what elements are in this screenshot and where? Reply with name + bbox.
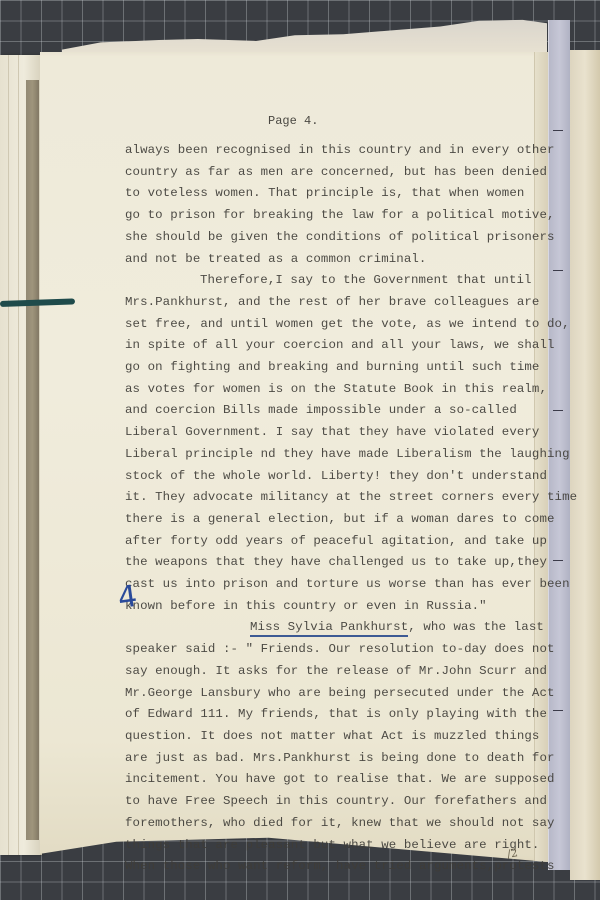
text-line: the weapons that they have challenged us… bbox=[125, 552, 545, 574]
text-line: Therefore,I say to the Government that u… bbox=[125, 270, 545, 292]
text-line: foremothers, who died for it, knew that … bbox=[125, 813, 545, 835]
text-line: of Edward 111. My friends, that is only … bbox=[125, 704, 545, 726]
text-line: Mr.George Lansbury who are being persecu… bbox=[125, 683, 545, 705]
text-line: to have Free Speech in this country. Our… bbox=[125, 791, 545, 813]
text-line: stock of the whole world. Liberty! they … bbox=[125, 466, 545, 488]
text-line: she should be given the conditions of po… bbox=[125, 227, 545, 249]
text-line: go on fighting and breaking and burning … bbox=[125, 357, 545, 379]
speaker-line: Miss Sylvia Pankhurst, who was the last bbox=[125, 617, 545, 639]
page-edge bbox=[18, 55, 19, 855]
speaker-line-rest: , who was the last bbox=[408, 620, 544, 634]
text-line: Mrs.Pankhurst, and the rest of her brave… bbox=[125, 292, 545, 314]
text-line: go to prison for breaking the law for a … bbox=[125, 205, 545, 227]
page-edge bbox=[8, 55, 9, 855]
text-line: set free, and until women get the vote, … bbox=[125, 314, 545, 336]
text-line: are just as bad. Mrs.Pankhurst is being … bbox=[125, 748, 545, 770]
text-line: cast us into prison and torture us worse… bbox=[125, 574, 545, 596]
typed-body-text: always been recognised in this country a… bbox=[125, 140, 545, 878]
text-line: known before in this country or even in … bbox=[125, 596, 545, 618]
ruled-tick bbox=[553, 130, 563, 131]
speaker-name-underlined: Miss Sylvia Pankhurst bbox=[250, 620, 408, 637]
text-line: and coercion Bills made impossible under… bbox=[125, 400, 545, 422]
text-line: Liberal Government. I say that they have… bbox=[125, 422, 545, 444]
text-line: incitement. You have got to realise that… bbox=[125, 769, 545, 791]
text-line: always been recognised in this country a… bbox=[125, 140, 545, 162]
page-number-header: Page 4. bbox=[268, 114, 318, 128]
ruled-tick bbox=[553, 560, 563, 561]
text-line: things that are pleasant but what we bel… bbox=[125, 835, 545, 857]
text-line: When those who want reform, have tried a… bbox=[125, 856, 545, 878]
text-line: speaker said :- " Friends. Our resolutio… bbox=[125, 639, 545, 661]
ruled-tick bbox=[553, 410, 563, 411]
cream-back-sheet bbox=[570, 50, 600, 880]
text-line: there is a general election, but if a wo… bbox=[125, 509, 545, 531]
text-line: after forty odd years of peaceful agitat… bbox=[125, 531, 545, 553]
text-line: country as far as men are concerned, but… bbox=[125, 162, 545, 184]
corner-pencil-annotation: /2 bbox=[506, 846, 519, 861]
text-line: in spite of all your coercion and all yo… bbox=[125, 335, 545, 357]
text-line: Liberal principle nd they have made Libe… bbox=[125, 444, 545, 466]
ruled-tick bbox=[553, 710, 563, 711]
binding-spine bbox=[26, 80, 39, 840]
text-line: say enough. It asks for the release of M… bbox=[125, 661, 545, 683]
ruled-tick bbox=[553, 270, 563, 271]
text-line: to voteless women. That principle is, th… bbox=[125, 183, 545, 205]
text-line: as votes for women is on the Statute Boo… bbox=[125, 379, 545, 401]
text-line: question. It does not matter what Act is… bbox=[125, 726, 545, 748]
text-line: it. They advocate militancy at the stree… bbox=[125, 487, 545, 509]
text-line: and not be treated as a common criminal. bbox=[125, 249, 545, 271]
